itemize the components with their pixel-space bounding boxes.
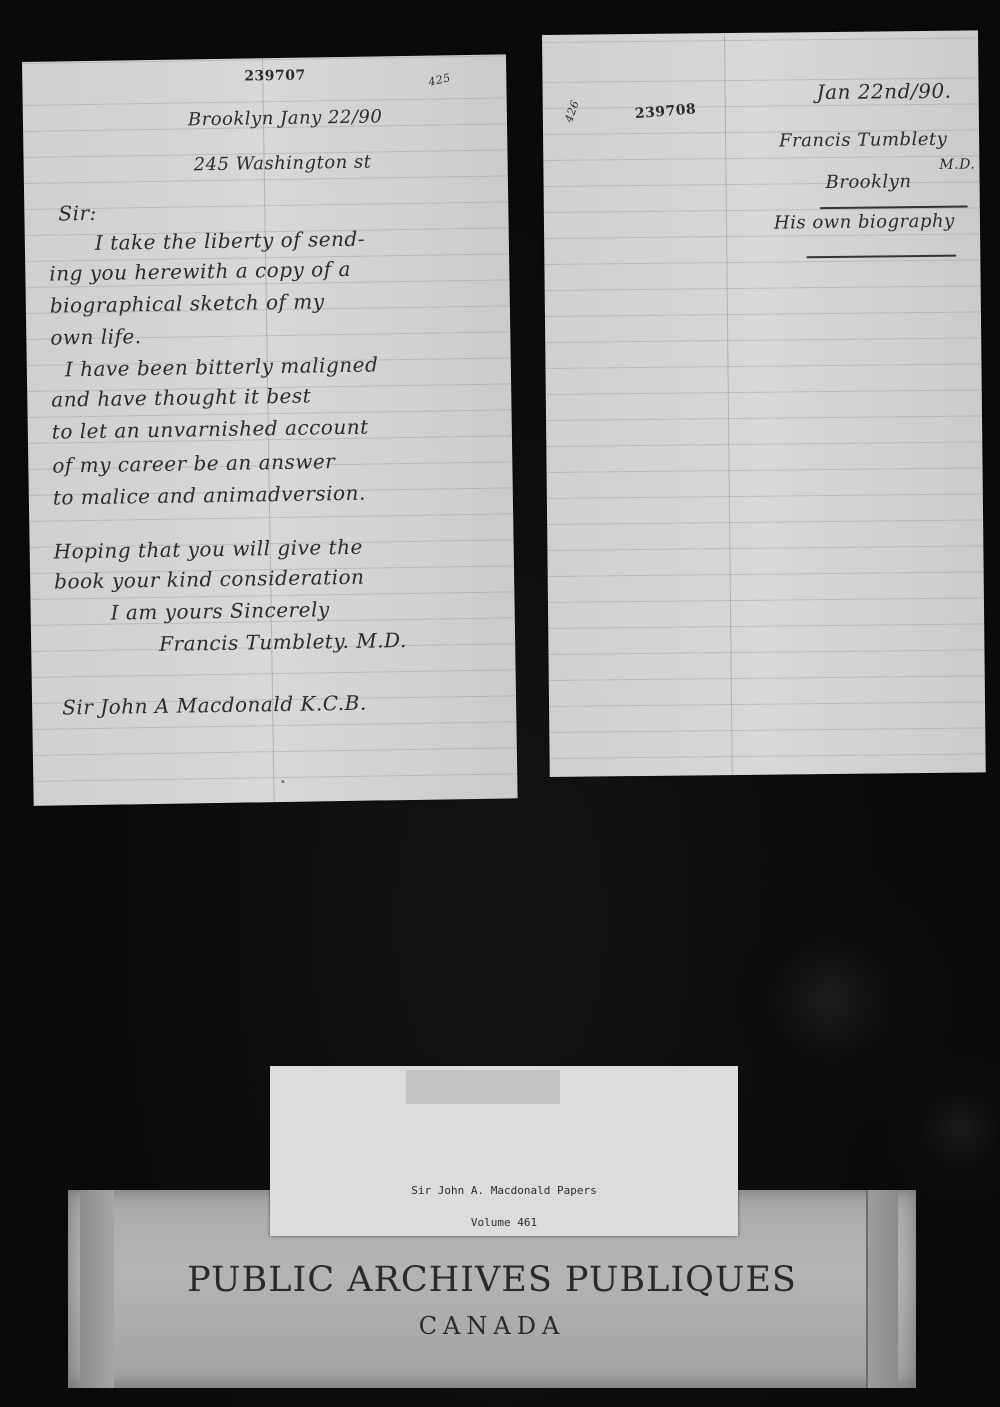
archive-subtitle: CANADA bbox=[68, 1312, 916, 1340]
body-line: and have thought it best bbox=[51, 384, 311, 412]
archive-title: PUBLIC ARCHIVES PUBLIQUES bbox=[68, 1260, 916, 1300]
docket-subject: His own biography bbox=[774, 211, 955, 234]
salutation: Sir: bbox=[58, 201, 97, 226]
closing: I am yours Sincerely bbox=[110, 597, 329, 624]
address: 245 Washington st bbox=[193, 152, 371, 176]
docket-page-right: 426 239708 Jan 22nd/90. Francis Tumblety… bbox=[542, 30, 986, 777]
body-line: I take the liberty of send- bbox=[95, 227, 366, 255]
docket-name: Francis Tumblety bbox=[779, 129, 947, 152]
body-line: of my career be an answer bbox=[52, 449, 335, 477]
docket-credential: M.D. bbox=[939, 156, 975, 172]
paper-speck bbox=[281, 780, 284, 783]
docket-place: Brooklyn bbox=[825, 171, 911, 193]
body-line: Hoping that you will give the bbox=[54, 535, 363, 564]
body-line: ing you herewith a copy of a bbox=[49, 257, 351, 286]
volume-number: Volume 461 bbox=[270, 1216, 738, 1229]
docket-date: Jan 22nd/90. bbox=[816, 79, 951, 104]
letter-page-left: 239707 425 Brooklyn Jany 22/90 245 Washi… bbox=[22, 54, 518, 806]
collection-label-card: Sir John A. Macdonald Papers Volume 461 bbox=[270, 1066, 738, 1236]
collection-name: Sir John A. Macdonald Papers bbox=[270, 1184, 738, 1197]
addressee: Sir John A Macdonald K.C.B. bbox=[62, 691, 367, 720]
fold-line bbox=[724, 33, 733, 775]
body-line: to malice and animadversion. bbox=[53, 481, 366, 510]
body-line: book your kind consideration bbox=[54, 565, 365, 594]
stamp-number: 239707 bbox=[244, 68, 306, 85]
tape-strip bbox=[406, 1070, 560, 1104]
stamp-number: 239708 bbox=[634, 101, 697, 122]
divider-line bbox=[820, 206, 968, 210]
folio-number: 426 bbox=[562, 98, 582, 124]
dateline: Brooklyn Jany 22/90 bbox=[188, 106, 383, 130]
body-line: biographical sketch of my bbox=[50, 289, 325, 317]
body-line: I have been bitterly maligned bbox=[65, 352, 379, 381]
body-line: to let an unvarnished account bbox=[52, 415, 369, 444]
divider-line bbox=[806, 255, 956, 259]
body-line: own life. bbox=[50, 324, 142, 349]
signature: Francis Tumblety. M.D. bbox=[159, 628, 407, 656]
folio-number: 425 bbox=[427, 71, 452, 89]
